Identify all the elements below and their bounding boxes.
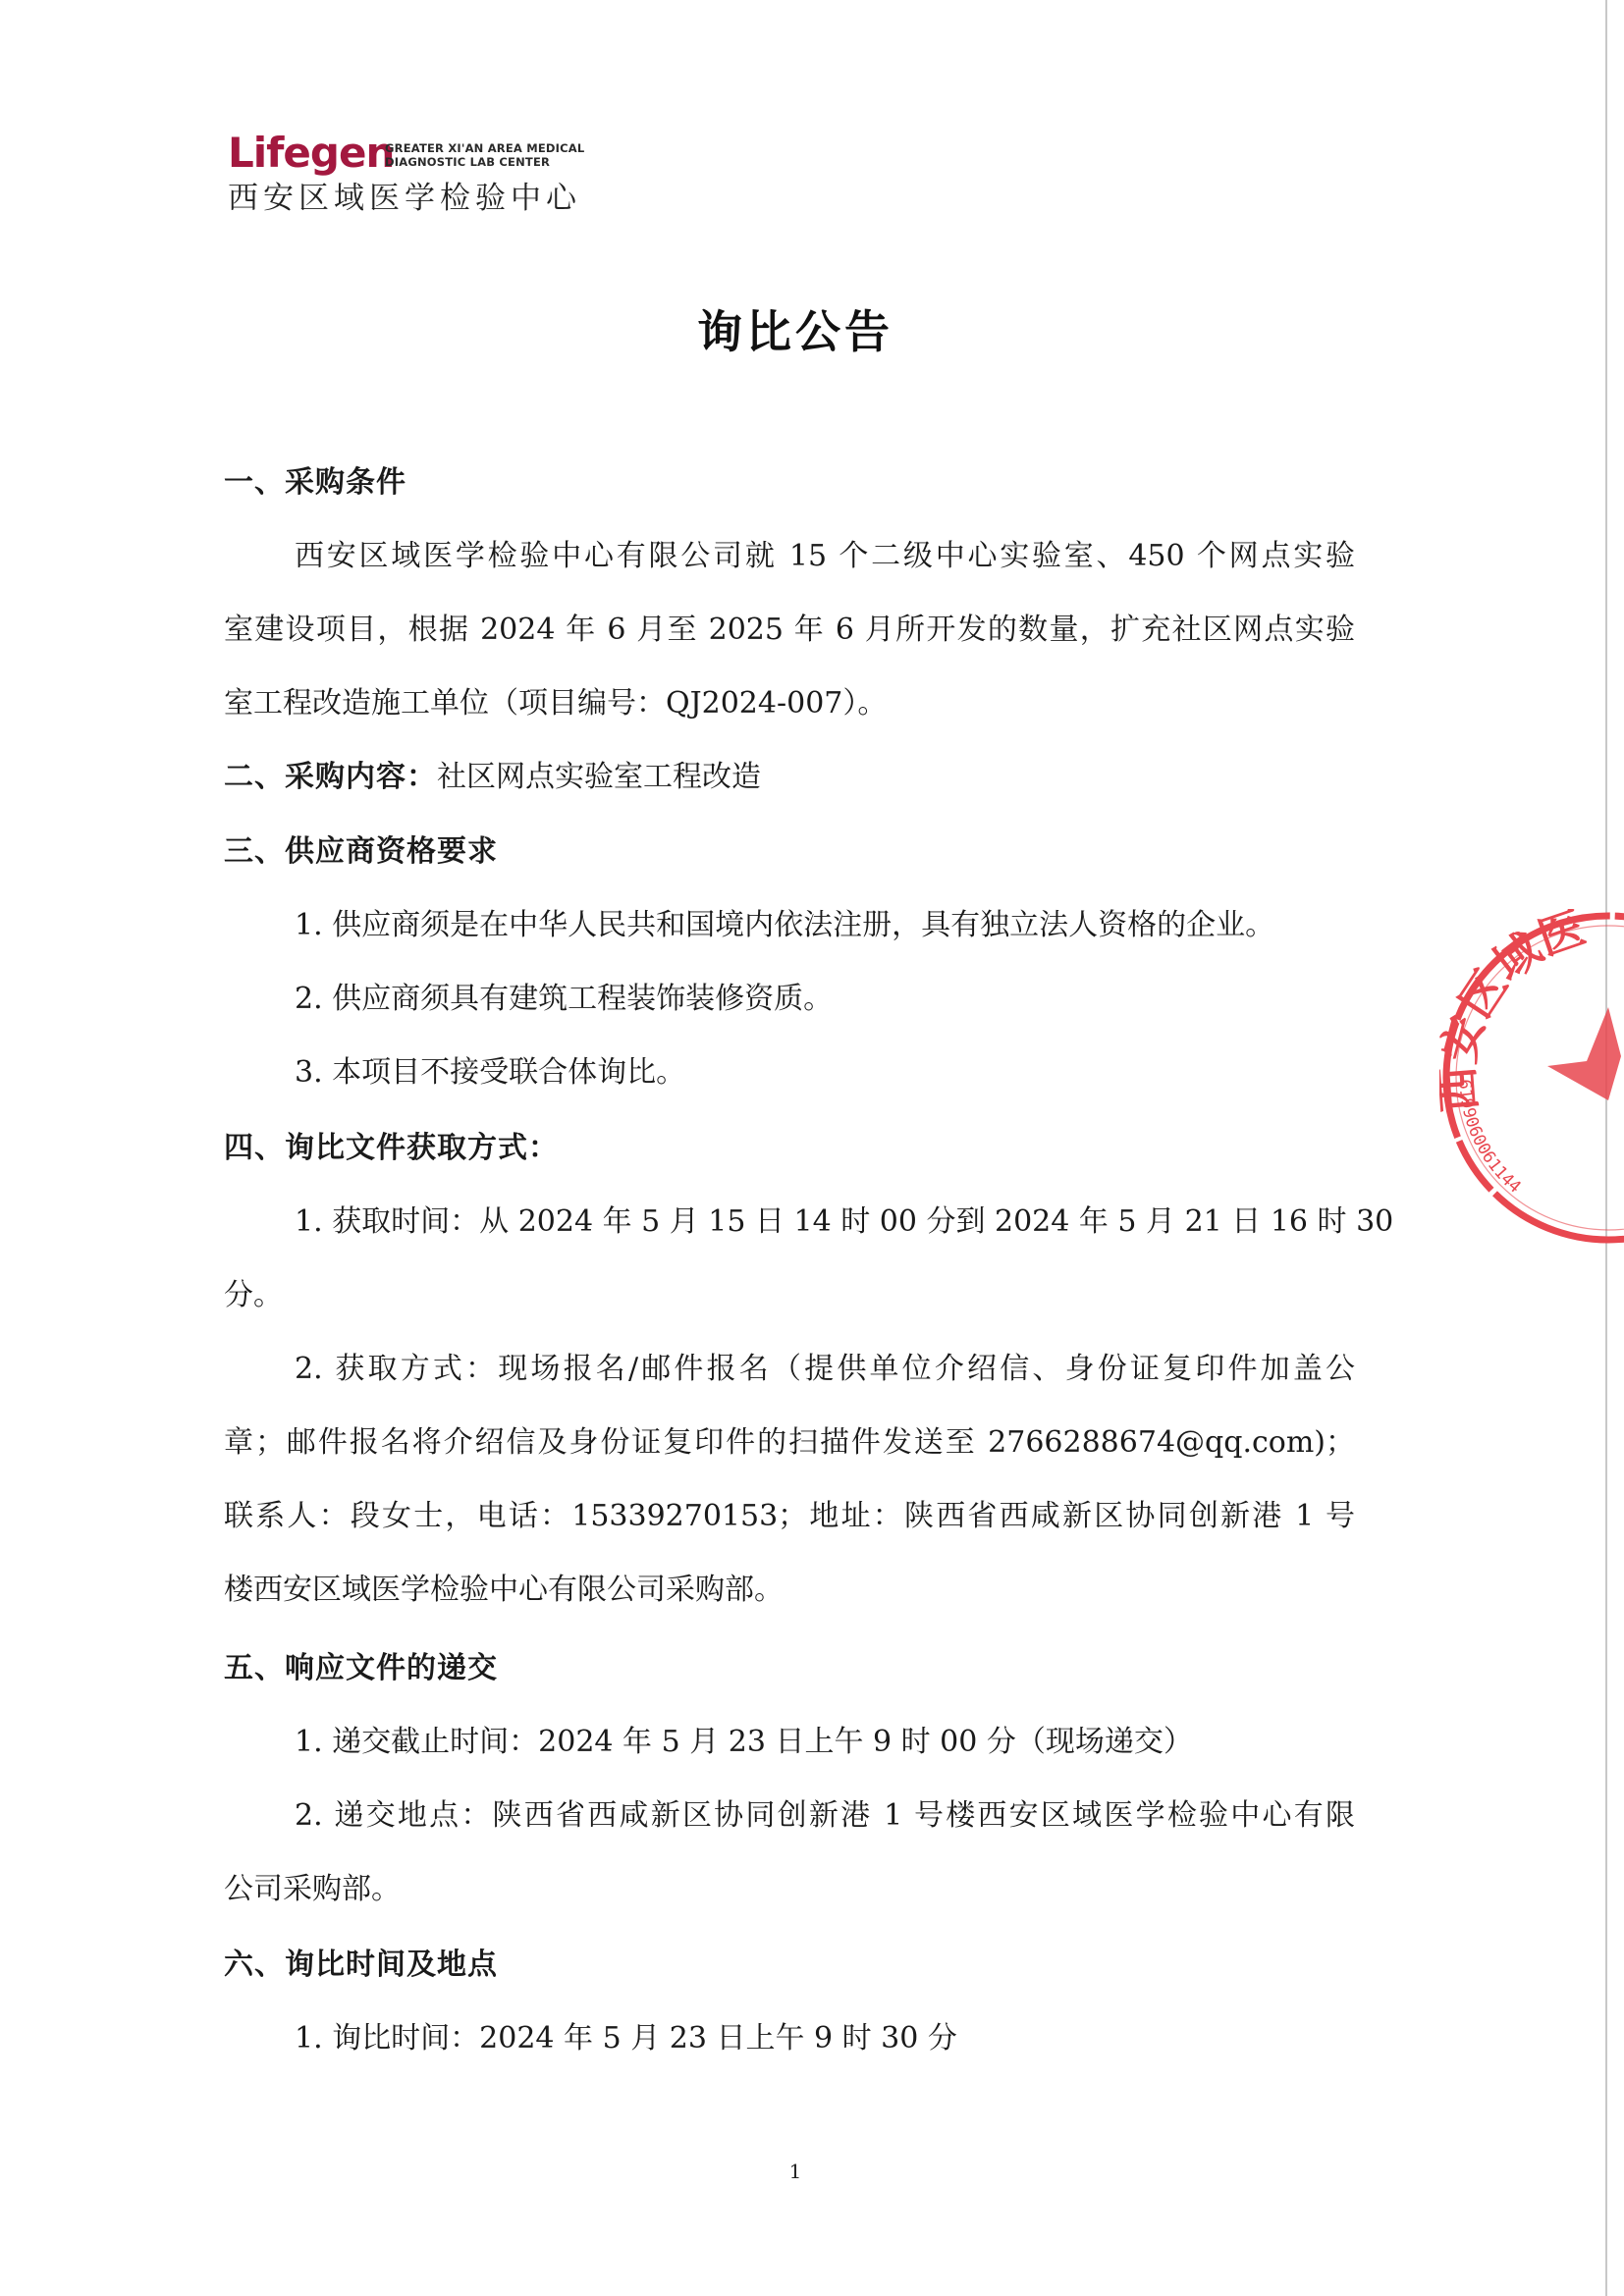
- logo-english-line1: GREATER XI'AN AREA MEDICAL: [385, 141, 584, 155]
- seal-serial: 6199060061144: [1454, 1079, 1524, 1198]
- list-item: 2. 供应商须具有建筑工程装饰装修资质。: [295, 980, 833, 1019]
- section-2-row: 二、采购内容：社区网点实验室工程改造: [224, 758, 761, 797]
- paragraph-line: 西安区域医学检验中心有限公司就 15 个二级中心实验室、450 个网点实验: [295, 537, 1355, 576]
- section-heading-1: 一、采购条件: [224, 463, 406, 503]
- section-heading-2: 二、采购内容：: [224, 760, 437, 794]
- list-item: 2. 递交地点：陕西省西咸新区协同创新港 1 号楼西安区域医学检验中心有限: [295, 1796, 1355, 1836]
- page-number: 1: [0, 2160, 1591, 2183]
- list-item: 1. 询比时间：2024 年 5 月 23 日上午 9 时 30 分: [295, 2019, 957, 2058]
- list-item: 1. 供应商须是在中华人民共和国境内依法注册，具有独立法人资格的企业。: [295, 906, 1274, 945]
- list-item: 1. 获取时间：从 2024 年 5 月 15 日 14 时 00 分到 202…: [295, 1202, 1355, 1242]
- list-item: 1. 递交截止时间：2024 年 5 月 23 日上午 9 时 00 分（现场递…: [295, 1723, 1193, 1762]
- paragraph-line: 楼西安区域医学检验中心有限公司采购部。: [224, 1571, 784, 1610]
- logo-brand: Lifegen: [228, 130, 394, 177]
- list-item: 2. 获取方式：现场报名/邮件报名（提供单位介绍信、身份证复印件加盖公: [295, 1350, 1355, 1389]
- section-heading-6: 六、询比时间及地点: [224, 1946, 498, 1985]
- paragraph-line: 室工程改造施工单位（项目编号：QJ2024-007）。: [224, 684, 887, 723]
- document-title: 询比公告: [0, 304, 1591, 359]
- paragraph-line: 章；邮件报名将介绍信及身份证复印件的扫描件发送至 2766288674@qq.c…: [224, 1423, 1355, 1463]
- document-page: Lifegen GREATER XI'AN AREA MEDICAL DIAGN…: [0, 0, 1624, 2296]
- section-heading-4: 四、询比文件获取方式：: [224, 1129, 559, 1168]
- official-seal-icon: 西安区域医 6199060061144: [1439, 909, 1624, 1247]
- svg-text:6199060061144: 6199060061144: [1454, 1079, 1524, 1198]
- paragraph-line: 联系人：段女士，电话：15339270153；地址：陕西省西咸新区协同创新港 1…: [224, 1497, 1355, 1536]
- section-heading-3: 三、供应商资格要求: [224, 832, 498, 872]
- section-heading-5: 五、响应文件的递交: [224, 1649, 498, 1688]
- paragraph-line: 室建设项目，根据 2024 年 6 月至 2025 年 6 月所开发的数量，扩充…: [224, 611, 1355, 650]
- section-2-value: 社区网点实验室工程改造: [437, 760, 761, 794]
- logo-english: GREATER XI'AN AREA MEDICAL DIAGNOSTIC LA…: [385, 141, 584, 169]
- list-item: 3. 本项目不接受联合体询比。: [295, 1053, 685, 1093]
- paragraph-line: 分。: [224, 1276, 283, 1315]
- paragraph-line: 公司采购部。: [224, 1870, 401, 1909]
- logo-english-line2: DIAGNOSTIC LAB CENTER: [385, 155, 584, 169]
- logo-chinese: 西安区域医学检验中心: [228, 181, 581, 216]
- seal-star-icon: [1547, 1007, 1621, 1100]
